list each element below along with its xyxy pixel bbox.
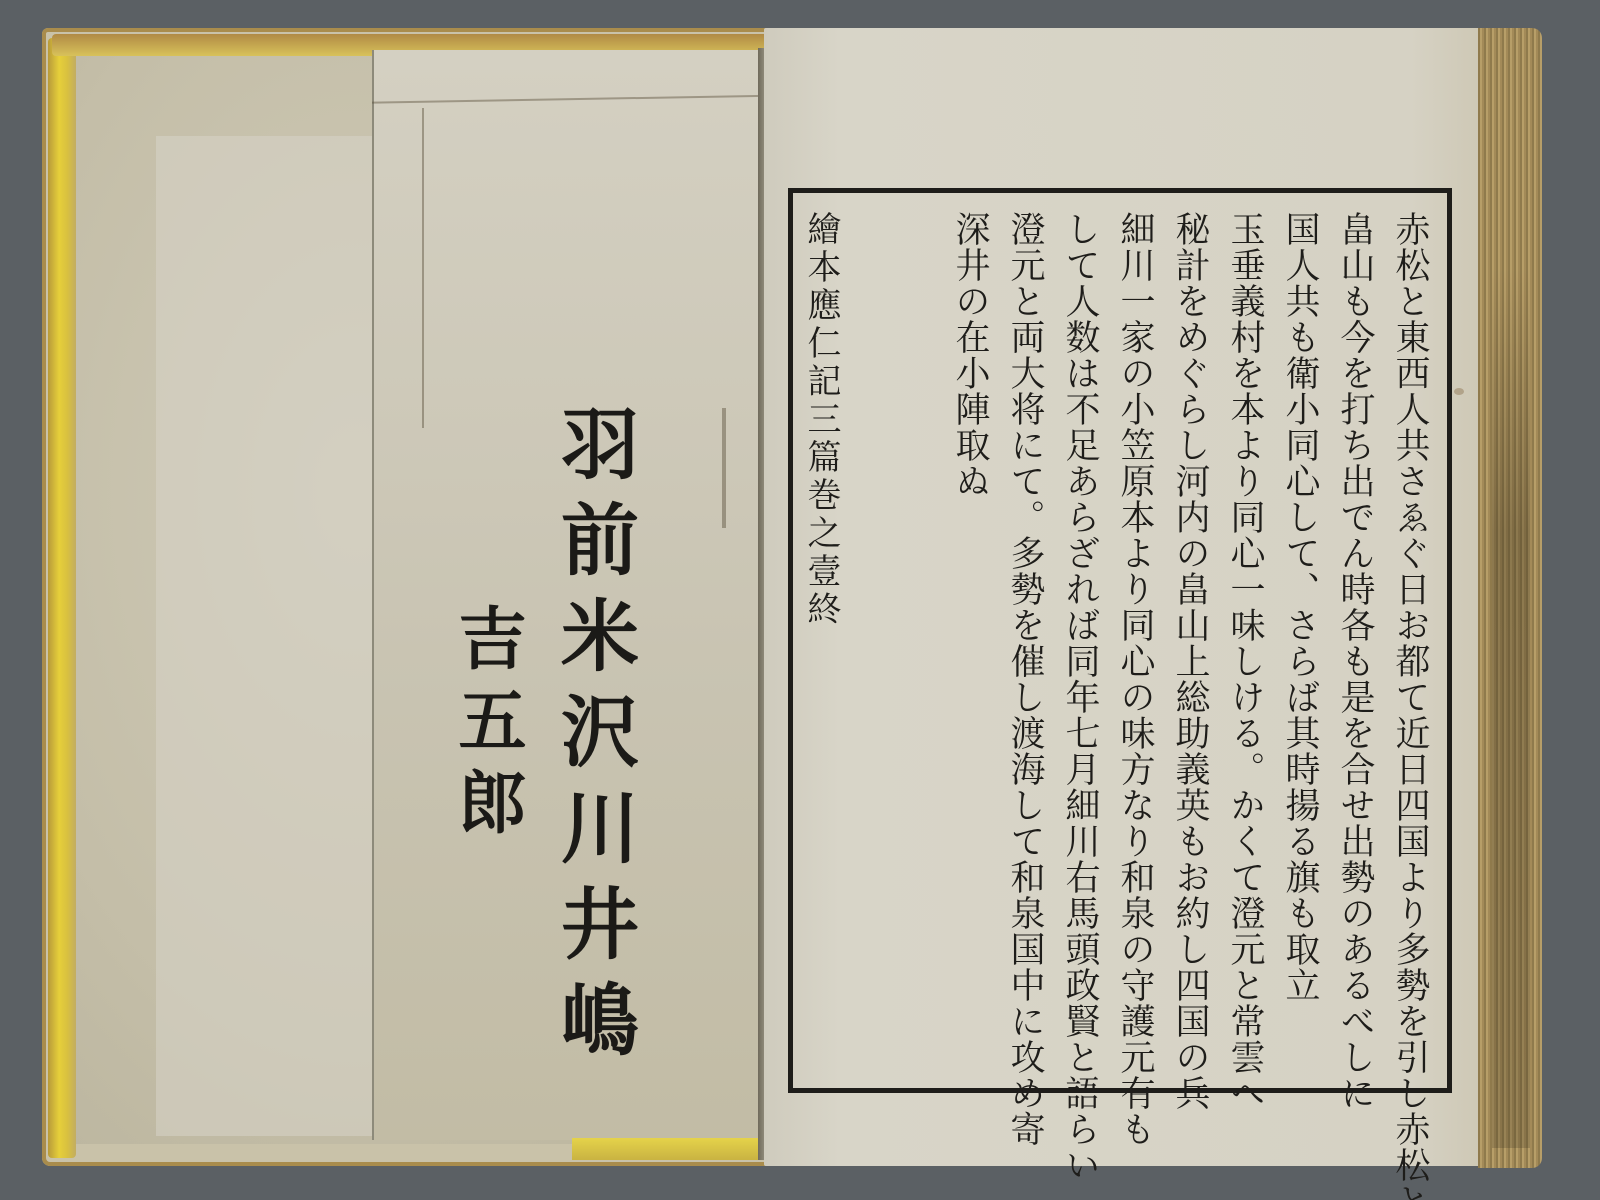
text-column: 畠山も今を打ち出でん時各も是を合せ出勢のあるべしに: [1327, 211, 1382, 1071]
handwritten-inscription-main: 羽前米沢川井嶋: [548, 403, 638, 1075]
text-column: 澄元と両大将にて。多勢を催し渡海して和泉国中に攻め寄: [997, 211, 1052, 1071]
paper-stain: [1454, 388, 1464, 395]
text-column: 国人共も衛小同心して、さらば其時揚る旗も取立: [1272, 211, 1327, 1071]
body-text-columns: 赤松と東西人共さゑぐ日お都て近日四国より多勢を引し赤松と 畠山も今を打ち出でん時…: [942, 211, 1437, 1071]
text-column: 深井の在小陣取ぬ: [942, 211, 997, 1071]
yellow-cover-edge-bottom: [572, 1138, 777, 1160]
ink-mark: [722, 408, 726, 528]
handwritten-inscription-sub: 吉五郎: [447, 603, 527, 849]
paper-tear: [422, 108, 424, 428]
fore-edge-stain: [1492, 268, 1530, 1148]
text-column: して人数は不足あらざれば同年七月細川右馬頭政賢と語らい: [1052, 211, 1107, 1071]
text-column: 秘計をめぐらし河内の畠山上総助義英もお約し四国の兵: [1162, 211, 1217, 1071]
open-book: 羽前米沢川井嶋 吉五郎 繪本應仁記三篇巻之壹終 赤松と東西人共さゑぐ日お都て近日…: [42, 28, 1542, 1170]
yellow-cover-edge-left: [48, 38, 76, 1158]
text-column: 玉垂義村を本より同心一味しける。かくて澄元と常雲へ: [1217, 211, 1272, 1071]
printed-text-frame: 繪本應仁記三篇巻之壹終 赤松と東西人共さゑぐ日お都て近日四国より多勢を引し赤松と…: [788, 188, 1452, 1093]
left-page-cover: 羽前米沢川井嶋 吉五郎: [42, 28, 782, 1166]
text-column: 赤松と東西人共さゑぐ日お都て近日四国より多勢を引し赤松と: [1382, 211, 1437, 1071]
text-column: 細川一家の小笠原本より同心の味方なり和泉の守護元有も: [1107, 211, 1162, 1071]
colophon-title: 繪本應仁記三篇巻之壹終: [801, 211, 841, 629]
